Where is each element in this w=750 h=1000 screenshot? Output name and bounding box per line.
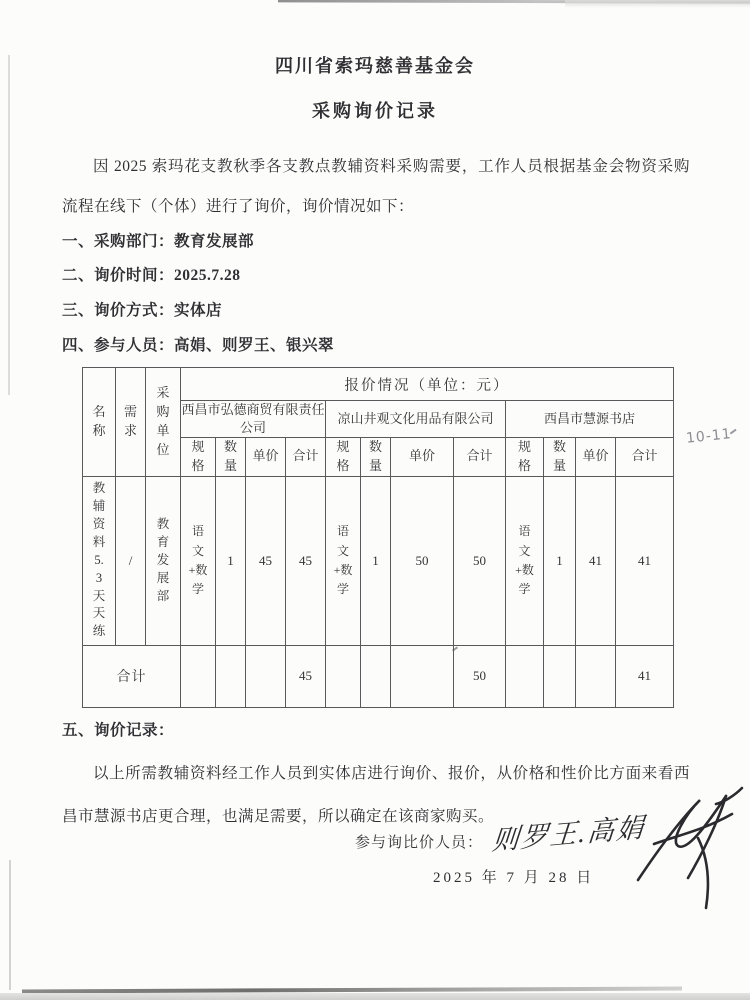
cell-spec: 语文+数学 xyxy=(181,476,216,645)
empty-cell xyxy=(391,645,454,707)
section5-heading: 五、询价记录： xyxy=(62,718,174,740)
cell-total: 41 xyxy=(616,476,674,645)
empty-cell xyxy=(576,645,616,707)
cell-unit-price: 41 xyxy=(576,476,616,645)
quotation-table: 名称 需求 采购单位 报价情况（单位：元） 西昌市弘德商贸有限责任公司 凉山井观… xyxy=(82,367,674,708)
vendor-name-jingguan: 凉山井观文化用品有限公司 xyxy=(326,401,506,438)
empty-cell xyxy=(246,645,286,707)
item-label: 一、采购部门： xyxy=(62,233,174,250)
empty-cell xyxy=(361,645,391,707)
subcol-total: 合计 xyxy=(454,438,506,477)
empty-cell xyxy=(326,645,361,707)
total-vendor-1: 45 xyxy=(286,645,326,707)
organization-title: 四川省索玛慈善基金会 xyxy=(0,52,750,78)
item-inquiry-method: 三、询价方式：实体店 xyxy=(62,298,222,320)
empty-cell xyxy=(506,645,544,707)
item-value: 教育发展部 xyxy=(174,233,254,250)
col-header-name: 名称 xyxy=(83,368,116,477)
item-participants: 四、参与人员：高娟、则罗王、银兴翠 xyxy=(62,333,334,355)
handwritten-margin-note: 10-11 xyxy=(685,425,740,447)
participants-label: 参与询比价人员： xyxy=(355,831,483,852)
document-date: 2025 年 7 月 28 日 xyxy=(433,866,594,887)
subcol-qty: 数量 xyxy=(216,438,246,477)
table-row-total: 合计 45 50 41 xyxy=(83,645,674,707)
subcol-unit-price: 单价 xyxy=(246,438,286,477)
cell-unit-price: 50 xyxy=(391,476,454,645)
subcol-unit-price: 单价 xyxy=(576,438,616,477)
document-title: 采购询价记录 xyxy=(0,97,750,123)
subcol-total: 合计 xyxy=(286,438,326,477)
item-value: 2025.7.28 xyxy=(174,267,241,284)
item-value: 高娟、则罗王、银兴翠 xyxy=(174,337,334,354)
item-inquiry-time: 二、询价时间：2025.7.28 xyxy=(62,263,241,285)
item-value: 实体店 xyxy=(174,302,222,319)
vendor-name-hongde: 西昌市弘德商贸有限责任公司 xyxy=(181,401,326,438)
empty-cell xyxy=(216,645,246,707)
scan-shadow-top-right xyxy=(565,0,750,8)
cell-total: 50 xyxy=(454,476,506,645)
col-header-demand: 需求 xyxy=(116,368,146,477)
scanned-document-page: 四川省索玛慈善基金会 采购询价记录 因 2025 索玛花支教秋季各支教点教辅资料… xyxy=(0,0,750,1000)
cell-item-name: 教辅资料5.3天天练 xyxy=(83,476,116,645)
intro-paragraph: 因 2025 索玛花支教秋季各支教点教辅资料采购需要，工作人员根据基金会物资采购… xyxy=(62,147,690,227)
scan-shadow-bottom xyxy=(0,993,750,1000)
total-row-label: 合计 xyxy=(83,645,181,707)
item-label: 三、询价方式： xyxy=(62,302,174,319)
cell-total: 45 xyxy=(286,476,326,645)
cell-unit-price: 45 xyxy=(246,476,286,645)
subcol-qty: 数量 xyxy=(544,438,576,477)
subcol-qty: 数量 xyxy=(361,438,391,477)
cell-spec: 语文+数学 xyxy=(506,476,544,645)
col-header-purchasing-unit: 采购单位 xyxy=(146,368,181,477)
cell-qty: 1 xyxy=(544,476,576,645)
scan-edge-left-lower xyxy=(9,860,11,990)
item-label: 四、参与人员： xyxy=(62,337,174,354)
subcol-spec: 规格 xyxy=(506,438,544,477)
subcol-total: 合计 xyxy=(616,438,674,477)
cell-spec: 语文+数学 xyxy=(326,476,361,645)
cell-purchasing-unit: 教育发展部 xyxy=(146,476,181,645)
cell-demand: / xyxy=(116,476,146,645)
cell-qty: 1 xyxy=(216,476,246,645)
vendor-name-huiyuan: 西昌市慧源书店 xyxy=(506,401,674,438)
empty-cell xyxy=(181,645,216,707)
cell-qty: 1 xyxy=(361,476,391,645)
item-purchasing-department: 一、采购部门：教育发展部 xyxy=(62,229,254,251)
total-vendor-3: 41 xyxy=(616,645,674,707)
item-label: 二、询价时间： xyxy=(62,267,174,284)
subcol-spec: 规格 xyxy=(326,438,361,477)
total-vendor-2: 50 xyxy=(454,645,506,707)
subcol-unit-price: 单价 xyxy=(391,438,454,477)
table-row-item: 教辅资料5.3天天练 / 教育发展部 语文+数学 1 45 45 语文+数学 1… xyxy=(83,476,674,645)
quote-section-title: 报价情况（单位：元） xyxy=(181,368,674,401)
handwritten-signature-flourish xyxy=(628,782,750,915)
empty-cell xyxy=(544,645,576,707)
subcol-spec: 规格 xyxy=(181,438,216,477)
